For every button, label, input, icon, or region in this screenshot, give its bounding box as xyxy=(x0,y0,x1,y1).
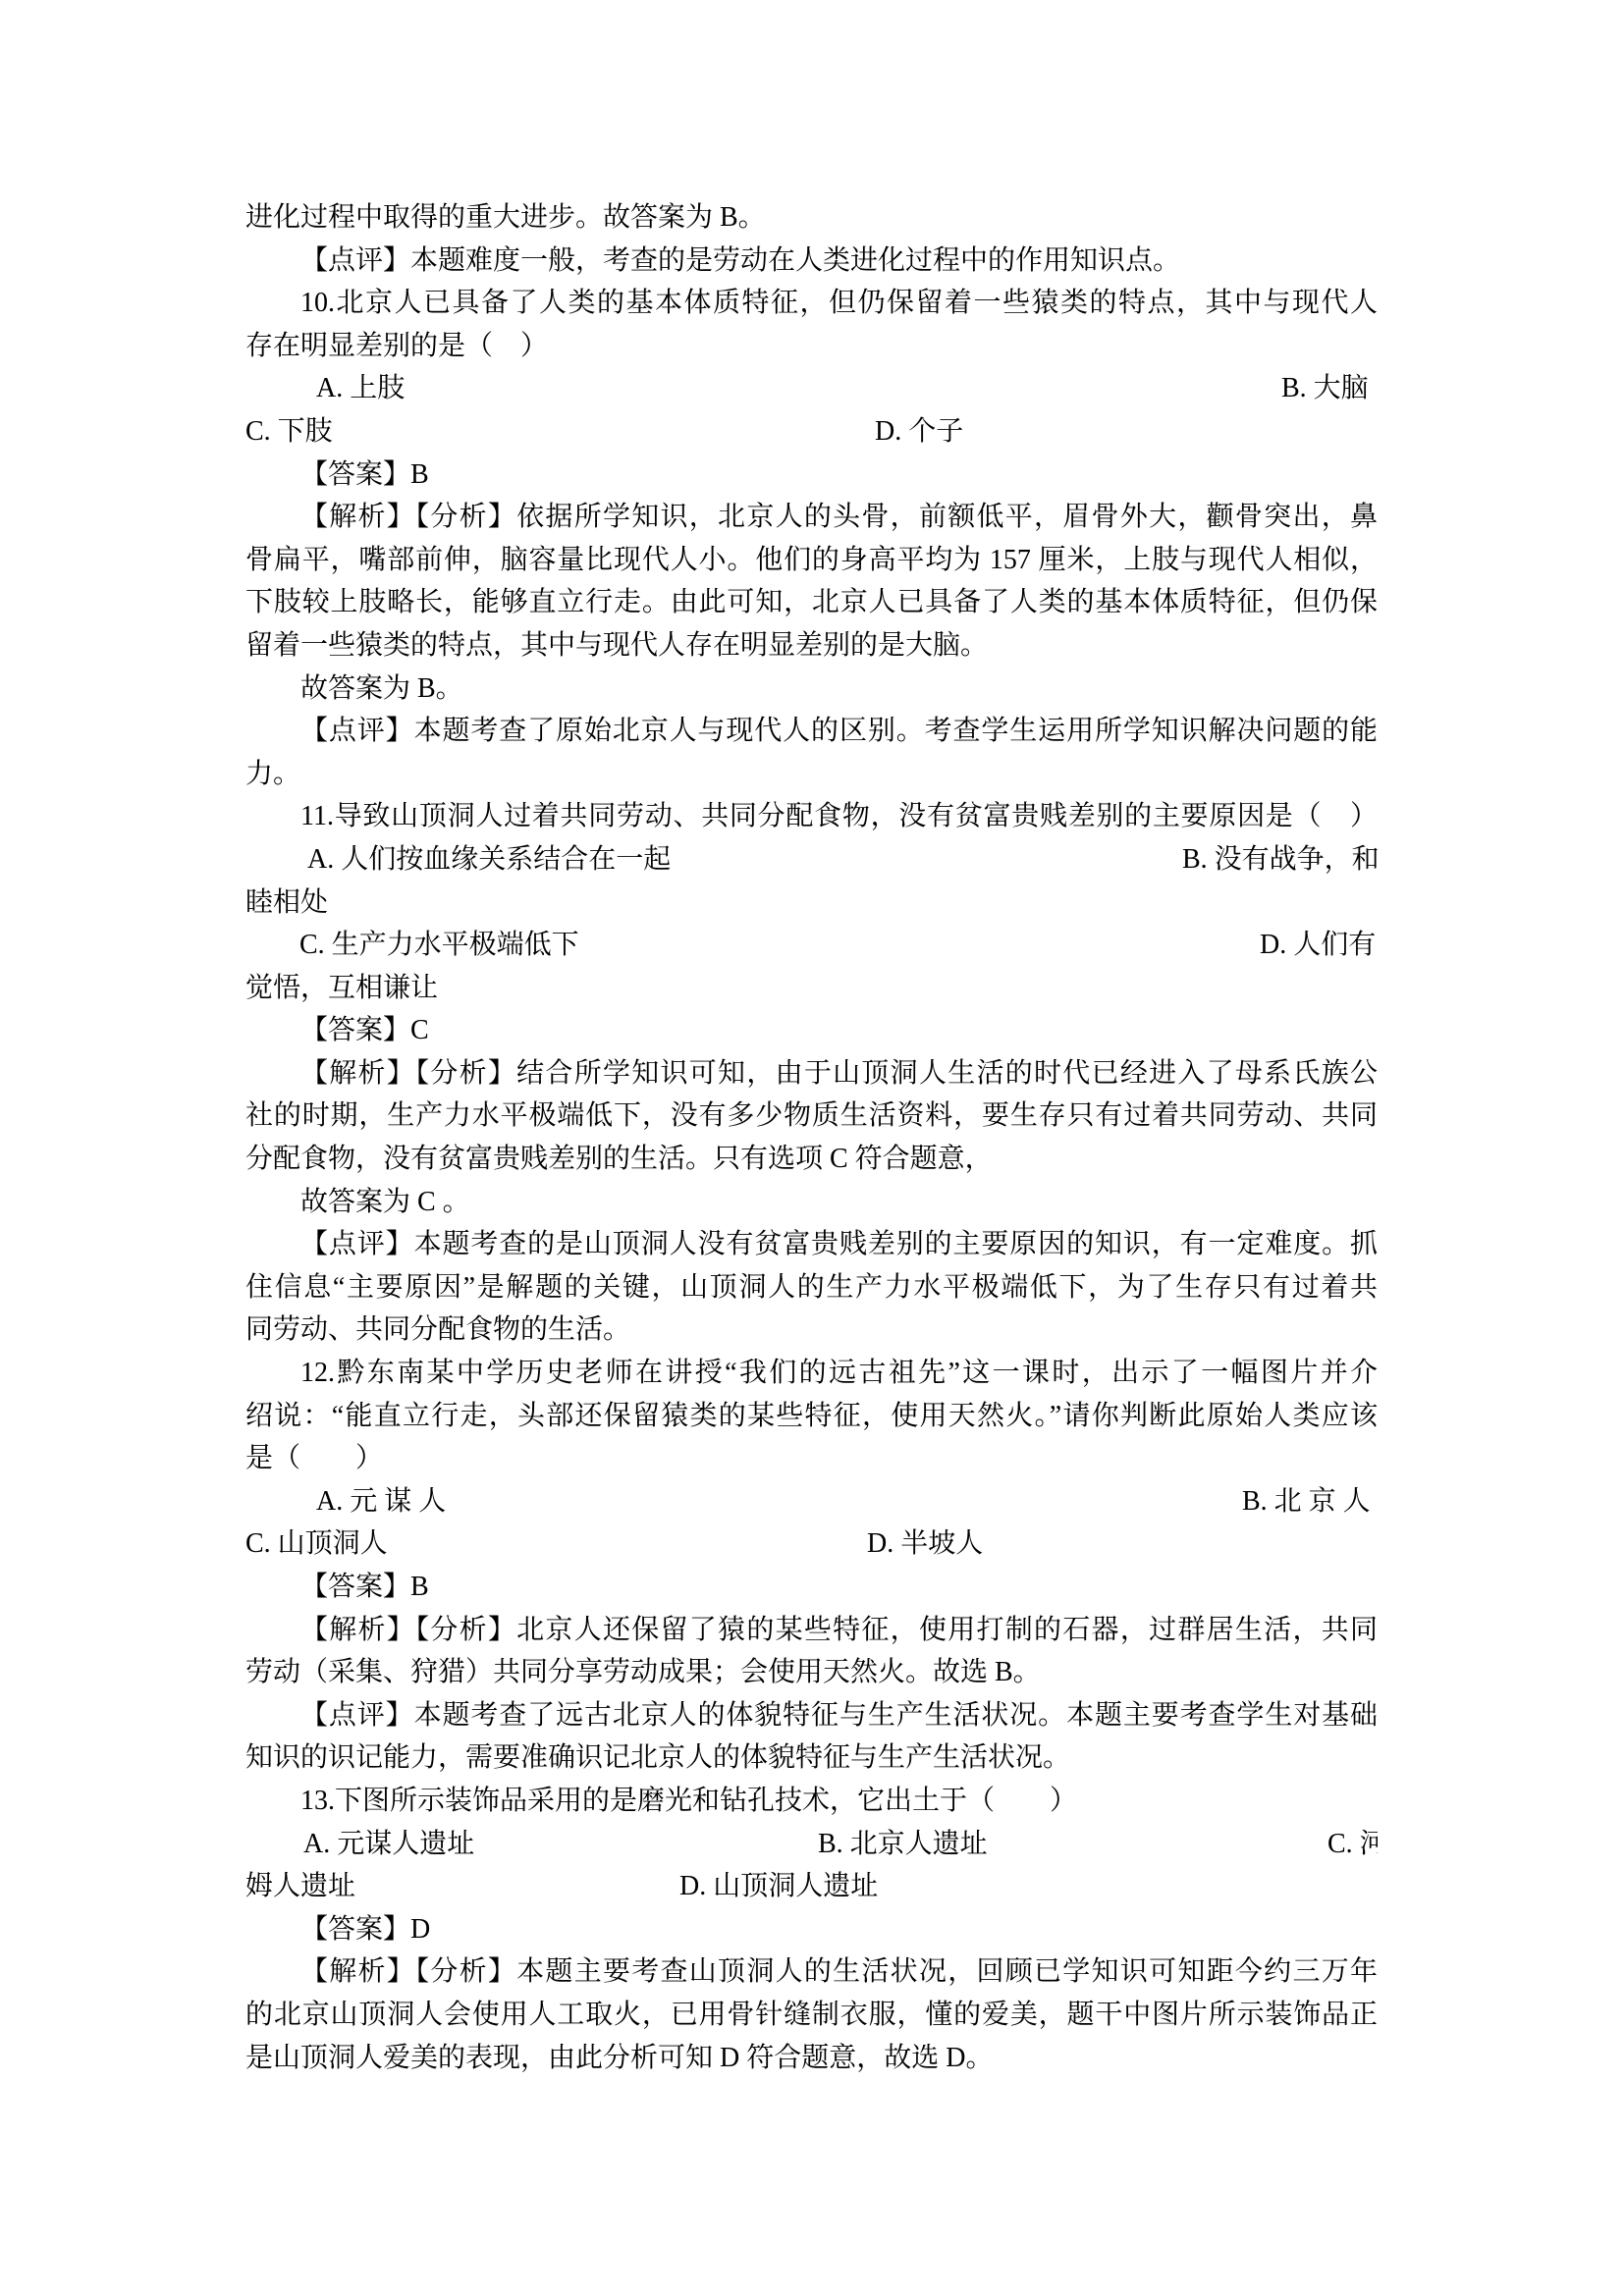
q11-analysis-line2: 社的时期，生产力水平极端低下，没有多少物质生活资料，要生存只有过着共同劳动、共同 xyxy=(245,1095,1378,1138)
q10-comment-line1: 【点评】本题考查了原始北京人与现代人的区别。考查学生运用所学知识解决问题的能 xyxy=(245,710,1378,753)
q12-answer: 【答案】B xyxy=(245,1566,1378,1609)
q12-stem-line3: 是（ ） xyxy=(245,1437,1378,1480)
q12-option-d: D. 半坡人 xyxy=(867,1522,983,1566)
q11-option-d: D. 人们有 xyxy=(1260,924,1376,967)
q10-options-row-ab: A. 上肢 B. 大脑 xyxy=(245,367,1378,410)
q11-analysis-line3: 分配食物，没有贫富贵贱差别的生活。只有选项 C 符合题意， xyxy=(245,1138,1378,1181)
q13-answer: 【答案】D xyxy=(245,1908,1378,1951)
q11-stem: 11.导致山顶洞人过着共同劳动、共同分配食物，没有贫富贵贱差别的主要原因是（ ） xyxy=(245,795,1378,838)
q13-analysis-line2: 的北京山顶洞人会使用人工取火，已用骨针缝制衣服，懂的爱美，题干中图片所示装饰品正 xyxy=(245,1994,1378,2037)
q11-option-c: C. 生产力水平极端低下 xyxy=(299,924,579,967)
q10-analysis-line2: 骨扁平，嘴部前伸，脑容量比现代人小。他们的身高平均为 157 厘米，上肢与现代人… xyxy=(245,539,1378,582)
q11-analysis-conclusion: 故答案为 C 。 xyxy=(245,1181,1378,1224)
q10-stem-line2: 存在明显差别的是（ ） xyxy=(245,325,1378,368)
q12-option-a: A. 元 谋 人 xyxy=(316,1480,446,1523)
q12-stem-line2: 绍说：“能直立行走，头部还保留猿类的某些特征，使用天然火。”请你判断此原始人类应… xyxy=(245,1395,1378,1438)
q10-analysis-line4: 留着一些猿类的特点，其中与现代人存在明显差别的是大脑。 xyxy=(245,624,1378,667)
document-text-block: 进化过程中取得的重大进步。故答案为 B。 【点评】本题难度一般，考查的是劳动在人… xyxy=(245,196,1378,2079)
exam-document-page: { "page": { "background": "#ffffff", "te… xyxy=(0,0,1624,2296)
q12-option-c: C. 山顶洞人 xyxy=(245,1522,388,1566)
q11-options-row-cd: C. 生产力水平极端低下 D. 人们有 xyxy=(245,924,1378,967)
q13-options-row-abc: A. 元谋人遗址 B. 北京人遗址 C. 河 xyxy=(245,1823,1378,1866)
q11-answer: 【答案】C xyxy=(245,1009,1378,1052)
q13-option-a: A. 元谋人遗址 xyxy=(303,1823,474,1866)
q11-comment-line3: 同劳动、共同分配食物的生活。 xyxy=(245,1308,1378,1352)
q13-option-d: D. 山顶洞人遗址 xyxy=(679,1865,878,1908)
q12-stem-line1: 12.黔东南某中学历史老师在讲授“我们的远古祖先”这一课时，出示了一幅图片并介 xyxy=(245,1352,1378,1395)
q10-option-a: A. 上肢 xyxy=(316,367,405,410)
q11-option-a: A. 人们按血缘关系结合在一起 xyxy=(307,838,671,881)
q10-analysis-line3: 下肢较上肢略长，能够直立行走。由此可知，北京人已具备了人类的基本体质特征，但仍保 xyxy=(245,581,1378,624)
q13-analysis-line1: 【解析】【分析】本题主要考查山顶洞人的生活状况，回顾已学知识可知距今约三万年 xyxy=(245,1950,1378,1994)
q11-option-b: B. 没有战争，和 xyxy=(1182,838,1378,881)
q11-comment-line2: 住信息“主要原因”是解题的关键，山顶洞人的生产力水平极端低下，为了生存只有过着共 xyxy=(245,1266,1378,1309)
q12-option-b: B. 北 京 人 xyxy=(1242,1480,1371,1523)
q11-options-row-ab: A. 人们按血缘关系结合在一起 B. 没有战争，和 xyxy=(245,838,1378,881)
q10-comment-line2: 力。 xyxy=(245,753,1378,796)
q10-analysis-line1: 【解析】【分析】依据所学知识，北京人的头骨，前额低平，眉骨外大，颧骨突出，鼻 xyxy=(245,496,1378,539)
q12-analysis-line1: 【解析】【分析】北京人还保留了猿的某些特征，使用打制的石器，过群居生活，共同 xyxy=(245,1609,1378,1652)
q9-comment: 【点评】本题难度一般，考查的是劳动在人类进化过程中的作用知识点。 xyxy=(245,240,1378,283)
q13-options-row-cd: 姆人遗址 D. 山顶洞人遗址 xyxy=(245,1865,1378,1908)
q12-options-row-ab: A. 元 谋 人 B. 北 京 人 xyxy=(245,1480,1378,1523)
q10-analysis-conclusion: 故答案为 B。 xyxy=(245,667,1378,711)
q10-options-row-cd: C. 下肢 D. 个子 xyxy=(245,410,1378,454)
q10-option-b: B. 大脑 xyxy=(1281,367,1369,410)
q13-option-c-continuation: 姆人遗址 xyxy=(245,1865,355,1908)
q13-stem: 13.下图所示装饰品采用的是磨光和钻孔技术，它出土于（ ） xyxy=(245,1780,1378,1823)
q11-option-d-continuation: 觉悟，互相谦让 xyxy=(245,967,1378,1010)
q11-comment-line1: 【点评】本题考查的是山顶洞人没有贫富贵贱差别的主要原因的知识，有一定难度。抓 xyxy=(245,1223,1378,1266)
q10-answer: 【答案】B xyxy=(245,454,1378,497)
q9-analysis-tail: 进化过程中取得的重大进步。故答案为 B。 xyxy=(245,196,1378,240)
q10-option-c: C. 下肢 xyxy=(245,410,333,454)
q10-option-d: D. 个子 xyxy=(875,410,963,454)
q12-analysis-line2: 劳动（采集、狩猎）共同分享劳动成果；会使用天然火。故选 B。 xyxy=(245,1651,1378,1694)
q11-analysis-line1: 【解析】【分析】结合所学知识可知，由于山顶洞人生活的时代已经进入了母系氏族公 xyxy=(245,1052,1378,1095)
q12-options-row-cd: C. 山顶洞人 D. 半坡人 xyxy=(245,1522,1378,1566)
q13-option-b: B. 北京人遗址 xyxy=(818,1823,988,1866)
q10-stem-line1: 10.北京人已具备了人类的基本体质特征，但仍保留着一些猿类的特点，其中与现代人 xyxy=(245,282,1378,325)
q12-comment-line2: 知识的识记能力，需要准确识记北京人的体貌特征与生产生活状况。 xyxy=(245,1736,1378,1780)
q13-analysis-line3: 是山顶洞人爱美的表现，由此分析可知 D 符合题意，故选 D。 xyxy=(245,2037,1378,2080)
q11-option-b-continuation: 睦相处 xyxy=(245,881,1378,925)
q12-comment-line1: 【点评】本题考查了远古北京人的体貌特征与生产生活状况。本题主要考查学生对基础 xyxy=(245,1694,1378,1737)
q13-option-c: C. 河 xyxy=(1327,1823,1378,1866)
